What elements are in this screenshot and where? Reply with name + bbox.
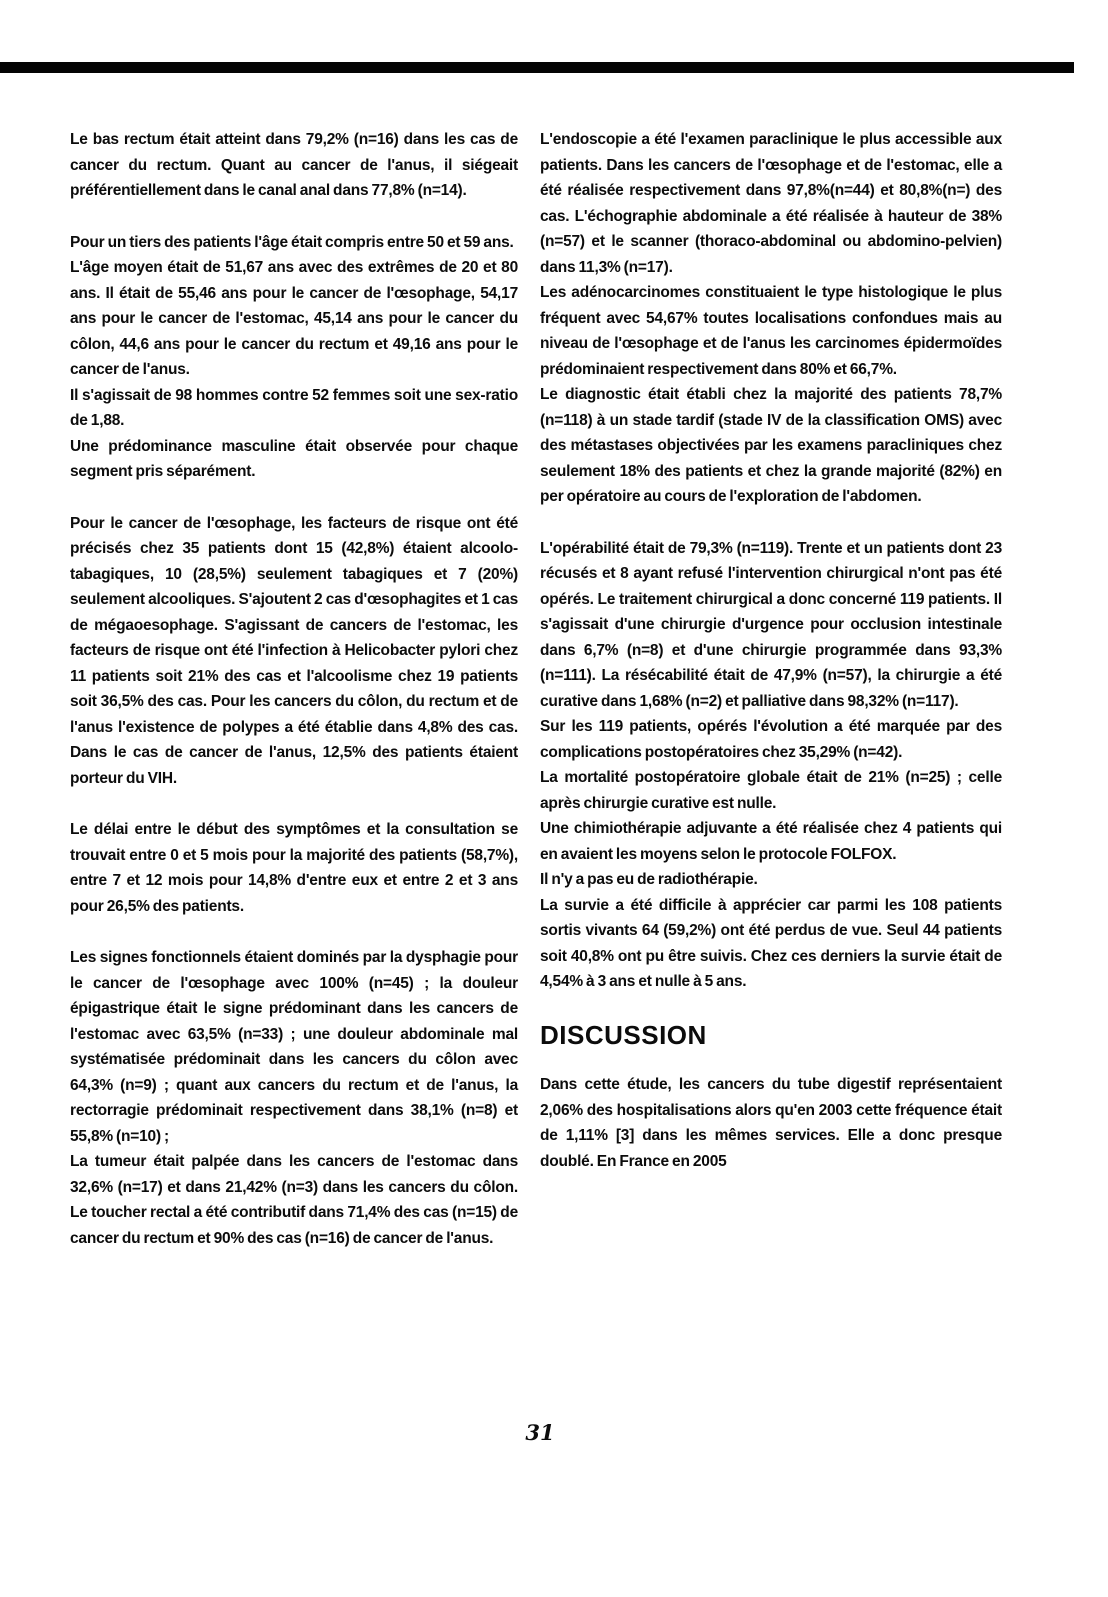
paragraph: Dans cette étude, les cancers du tube di… [540,1072,1002,1174]
paragraph: Les adénocarcinomes constituaient le typ… [540,280,1002,382]
page-number: 31 [0,1420,1080,1445]
paragraph: Pour un tiers des patients l'âge était c… [70,230,518,256]
paragraph: Les signes fonctionnels étaient dominés … [70,945,518,1149]
paragraph: Une prédominance masculine était observé… [70,434,518,485]
scanned-paper-page: Le bas rectum était atteint dans 79,2% (… [0,0,1108,1597]
paragraph: Le délai entre le début des symptômes et… [70,817,518,919]
left-text-column: Le bas rectum était atteint dans 79,2% (… [70,127,518,1251]
paragraph: Une chimiothérapie adjuvante a été réali… [540,816,1002,867]
paragraph: L'âge moyen était de 51,67 ans avec des … [70,255,518,383]
right-text-column: L'endoscopie a été l'examen paraclinique… [540,127,1002,1174]
paragraph: Pour le cancer de l'œsophage, les facteu… [70,511,518,792]
paragraph: Le diagnostic était établi chez la major… [540,382,1002,510]
paragraph: Sur les 119 patients, opérés l'évolution… [540,714,1002,765]
paragraph: L'endoscopie a été l'examen paraclinique… [540,127,1002,280]
paragraph: Il n'y a pas eu de radiothérapie. [540,867,1002,893]
paragraph: La mortalité postopératoire globale étai… [540,765,1002,816]
paragraph: Le bas rectum était atteint dans 79,2% (… [70,127,518,204]
discussion-heading: DISCUSSION [540,1023,1002,1049]
paragraph: La tumeur était palpée dans les cancers … [70,1149,518,1251]
paragraph: Il s'agissait de 98 hommes contre 52 fem… [70,383,518,434]
top-horizontal-rule [0,62,1074,73]
paragraph: L'opérabilité était de 79,3% (n=119). Tr… [540,536,1002,715]
paragraph: La survie a été difficile à apprécier ca… [540,893,1002,995]
